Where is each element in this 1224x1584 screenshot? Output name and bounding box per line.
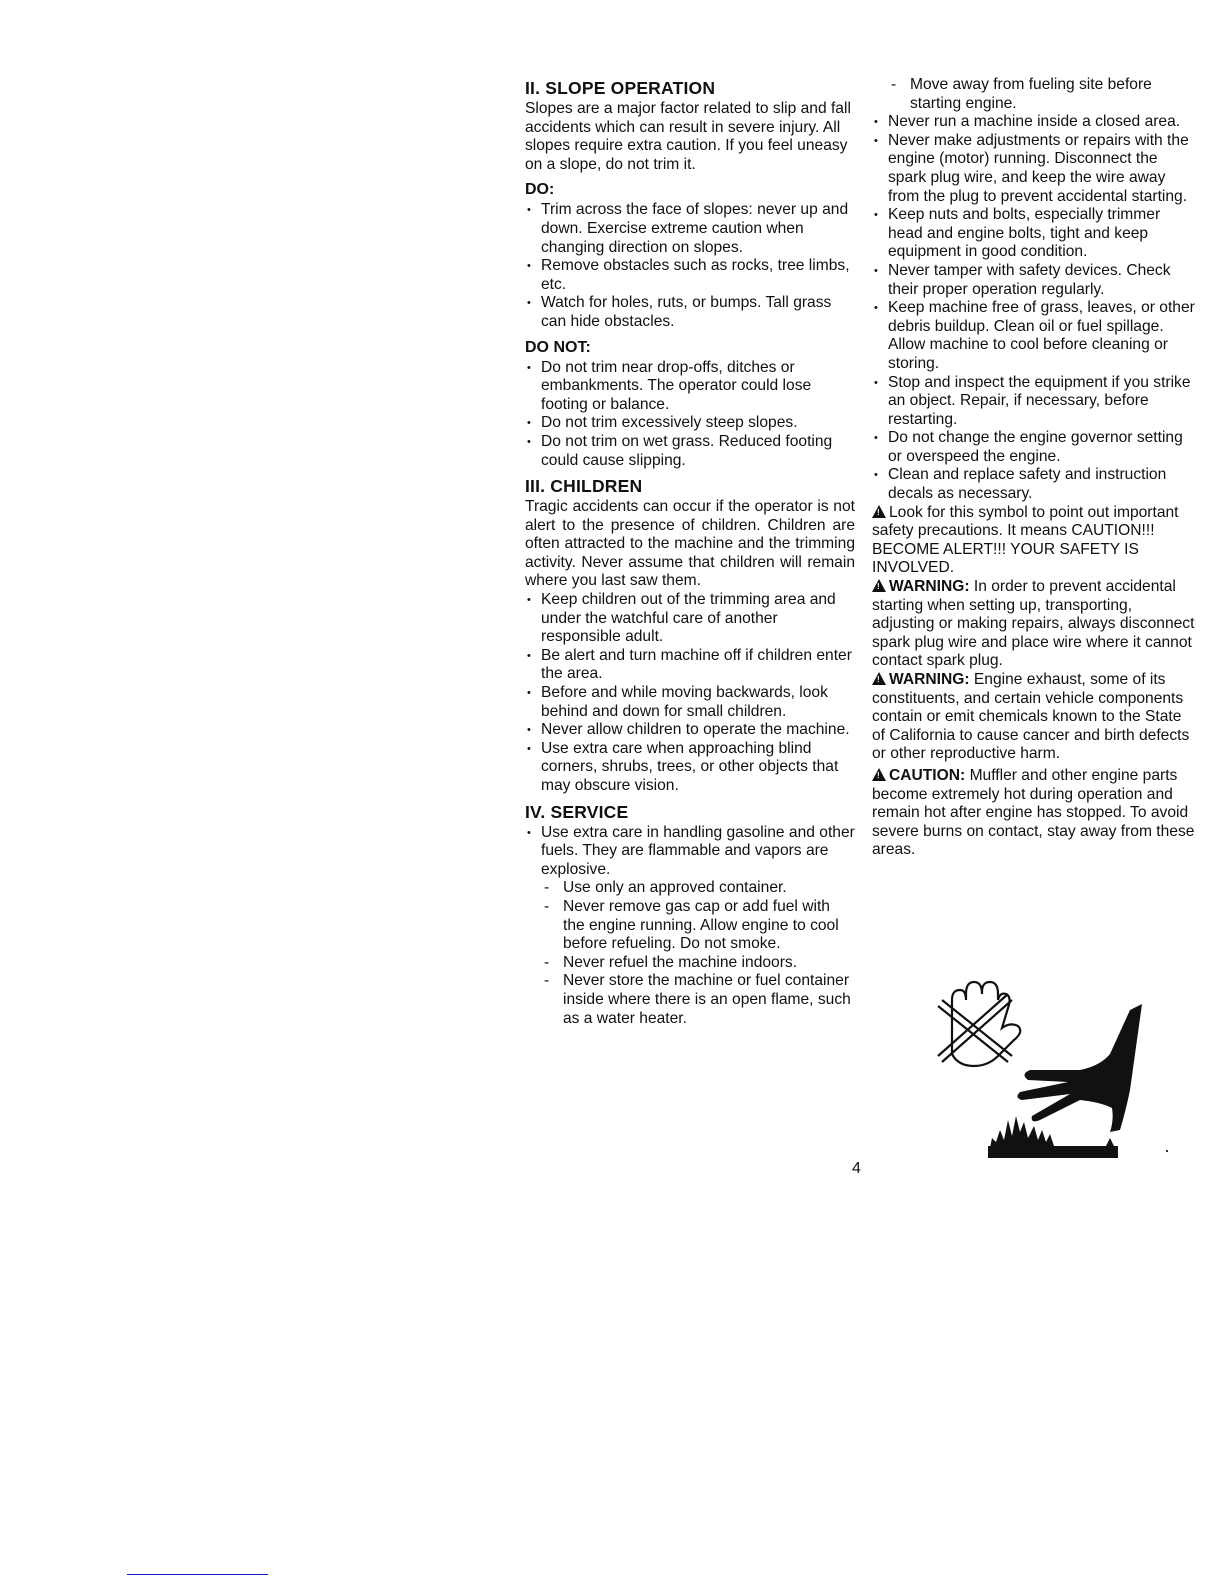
warning-triangle-icon [872,505,886,518]
hot-surface-base [988,1146,1118,1158]
no-touch-hand-icon [938,982,1020,1066]
sub-list-item: Never refuel the machine indoors. [541,954,855,973]
list-item: Keep nuts and bolts, especially trimmer … [872,206,1197,262]
list-item: Be alert and turn machine off if childre… [525,647,855,684]
page-number: 4 [852,1160,861,1178]
do-not-list: Do not trim near drop-offs, ditches or e… [525,359,855,471]
list-item: Keep children out of the trimming area a… [525,591,855,647]
stray-mark [1166,1150,1168,1152]
list-item: Never tamper with safety devices. Check … [872,262,1197,299]
list-item: Do not trim on wet grass. Reduced footin… [525,433,855,470]
list-item: Trim across the face of slopes: never up… [525,201,855,257]
warning-triangle-icon [872,768,886,781]
section-heading-service: IV. SERVICE [525,802,855,823]
continued-sub-list: Move away from fueling site before start… [872,76,1197,113]
sub-list-item: Move away from fueling site before start… [888,76,1197,113]
list-item: Watch for holes, ruts, or bumps. Tall gr… [525,294,855,331]
do-list: Trim across the face of slopes: never up… [525,201,855,331]
warning-label: WARNING: [889,578,970,595]
left-column: II. SLOPE OPERATION Slopes are a major f… [525,76,855,1028]
warning-notice-2: WARNING: Engine exhaust, some of its con… [872,671,1197,764]
sub-list-item: Never store the machine or fuel containe… [541,972,855,1028]
list-item: Remove obstacles such as rocks, tree lim… [525,257,855,294]
do-heading: DO: [525,180,855,199]
list-item: Do not trim excessively steep slopes. [525,414,855,433]
section-heading-slope: II. SLOPE OPERATION [525,78,855,99]
sub-list-item: Use only an approved container. [541,879,855,898]
list-item: Do not change the engine governor settin… [872,429,1197,466]
list-item: Stop and inspect the equipment if you st… [872,374,1197,430]
safety-symbol-note: Look for this symbol to point out import… [872,504,1197,578]
service-item-text: Use extra care in handling gasoline and … [541,824,855,878]
service-list-continued: Never run a machine inside a closed area… [872,113,1197,503]
reaching-hand-icon [1017,1004,1142,1132]
list-item: Keep machine free of grass, leaves, or o… [872,299,1197,373]
list-item: Never make adjustments or repairs with t… [872,132,1197,206]
flames-icon [990,1116,1116,1148]
warning-label: WARNING: [889,671,970,688]
warning-notice-1: WARNING: In order to prevent accidental … [872,578,1197,671]
list-item: Before and while moving backwards, look … [525,684,855,721]
service-sub-list: Use only an approved container. Never re… [525,879,855,1028]
list-item: Never allow children to operate the mach… [525,721,855,740]
warning-triangle-icon [872,672,886,685]
sub-list-item: Never remove gas cap or add fuel with th… [541,898,855,954]
slope-intro: Slopes are a major factor related to sli… [525,100,855,174]
list-item: Clean and replace safety and instruction… [872,466,1197,503]
caution-notice: CAUTION: Muffler and other engine parts … [872,767,1197,860]
hot-surface-pictogram-icon [930,970,1170,1160]
children-intro: Tragic accidents can occur if the operat… [525,498,855,591]
right-column: Move away from fueling site before start… [872,76,1197,860]
list-item: Never run a machine inside a closed area… [872,113,1197,132]
list-item: Use extra care in handling gasoline and … [525,824,855,880]
list-item: Do not trim near drop-offs, ditches or e… [525,359,855,415]
do-not-heading: DO NOT: [525,338,855,357]
list-item: Use extra care when approaching blind co… [525,740,855,796]
caution-label: CAUTION: [889,767,965,784]
warning-triangle-icon [872,579,886,592]
service-list: Use extra care in handling gasoline and … [525,824,855,880]
children-list: Keep children out of the trimming area a… [525,591,855,796]
footer-rule [127,1574,268,1575]
section-heading-children: III. CHILDREN [525,476,855,497]
